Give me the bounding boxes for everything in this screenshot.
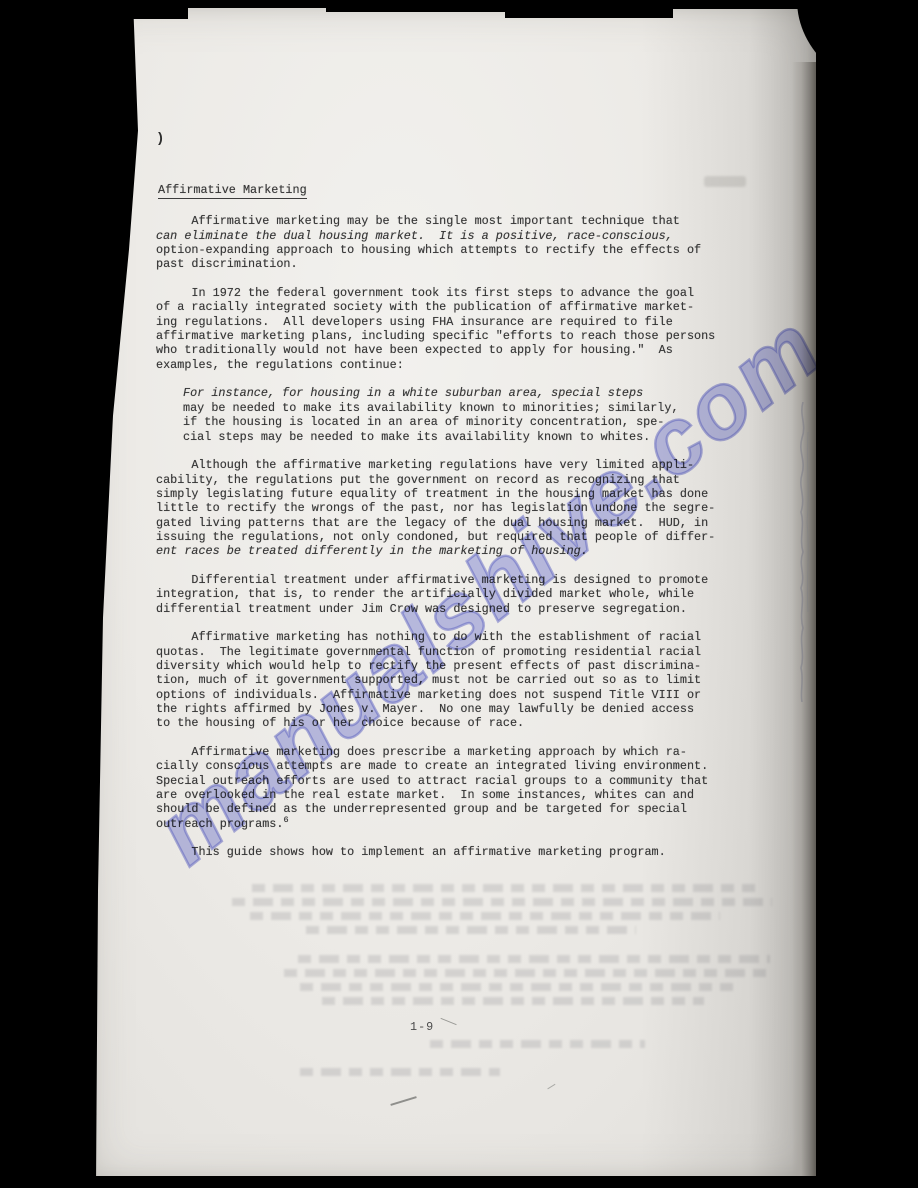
- paragraph: In 1972 the federal government took its …: [156, 286, 756, 372]
- bleed-through-row: [298, 955, 770, 963]
- photo-border-tab: [326, 0, 508, 12]
- handwriting-note: [793, 402, 815, 702]
- bleed-through-row: [322, 997, 704, 1005]
- paragraph: Although the affirmative marketing regul…: [156, 458, 756, 558]
- paragraphs-host: Affirmative marketing may be the single …: [156, 214, 756, 859]
- paragraph: Differential treatment under affirmative…: [156, 573, 756, 616]
- blockquote: For instance, for housing in a white sub…: [183, 386, 756, 443]
- photo-border-bottom: [0, 1176, 918, 1188]
- bleed-through-row: [300, 983, 740, 991]
- page-title: Affirmative Marketing: [158, 183, 307, 199]
- photo-border-tab: [96, 0, 188, 19]
- photo-border-tab: [672, 0, 814, 9]
- bleed-through-row: [300, 1068, 500, 1076]
- bleed-through-row: [232, 898, 772, 906]
- bleed-through-row: [430, 1040, 645, 1048]
- bleed-through-row: [306, 926, 636, 934]
- paragraph: Affirmative marketing does prescribe a m…: [156, 745, 756, 831]
- paragraph: This guide shows how to implement an aff…: [156, 845, 756, 859]
- corner-mark: ): [156, 131, 164, 147]
- page-number: 1-9: [410, 1020, 434, 1034]
- bleed-through-row: [252, 884, 757, 892]
- bleed-through-row: [284, 969, 770, 977]
- paragraph: Affirmative marketing may be the single …: [156, 214, 756, 271]
- photo-border-tab: [505, 0, 673, 18]
- paragraph: Affirmative marketing has nothing to do …: [156, 630, 756, 730]
- photo-border-tab: [186, 0, 328, 8]
- photo-border-right: [816, 0, 918, 1188]
- text-body: Affirmative Marketing Affirmative market…: [156, 183, 756, 874]
- bleed-through-row: [250, 912, 720, 920]
